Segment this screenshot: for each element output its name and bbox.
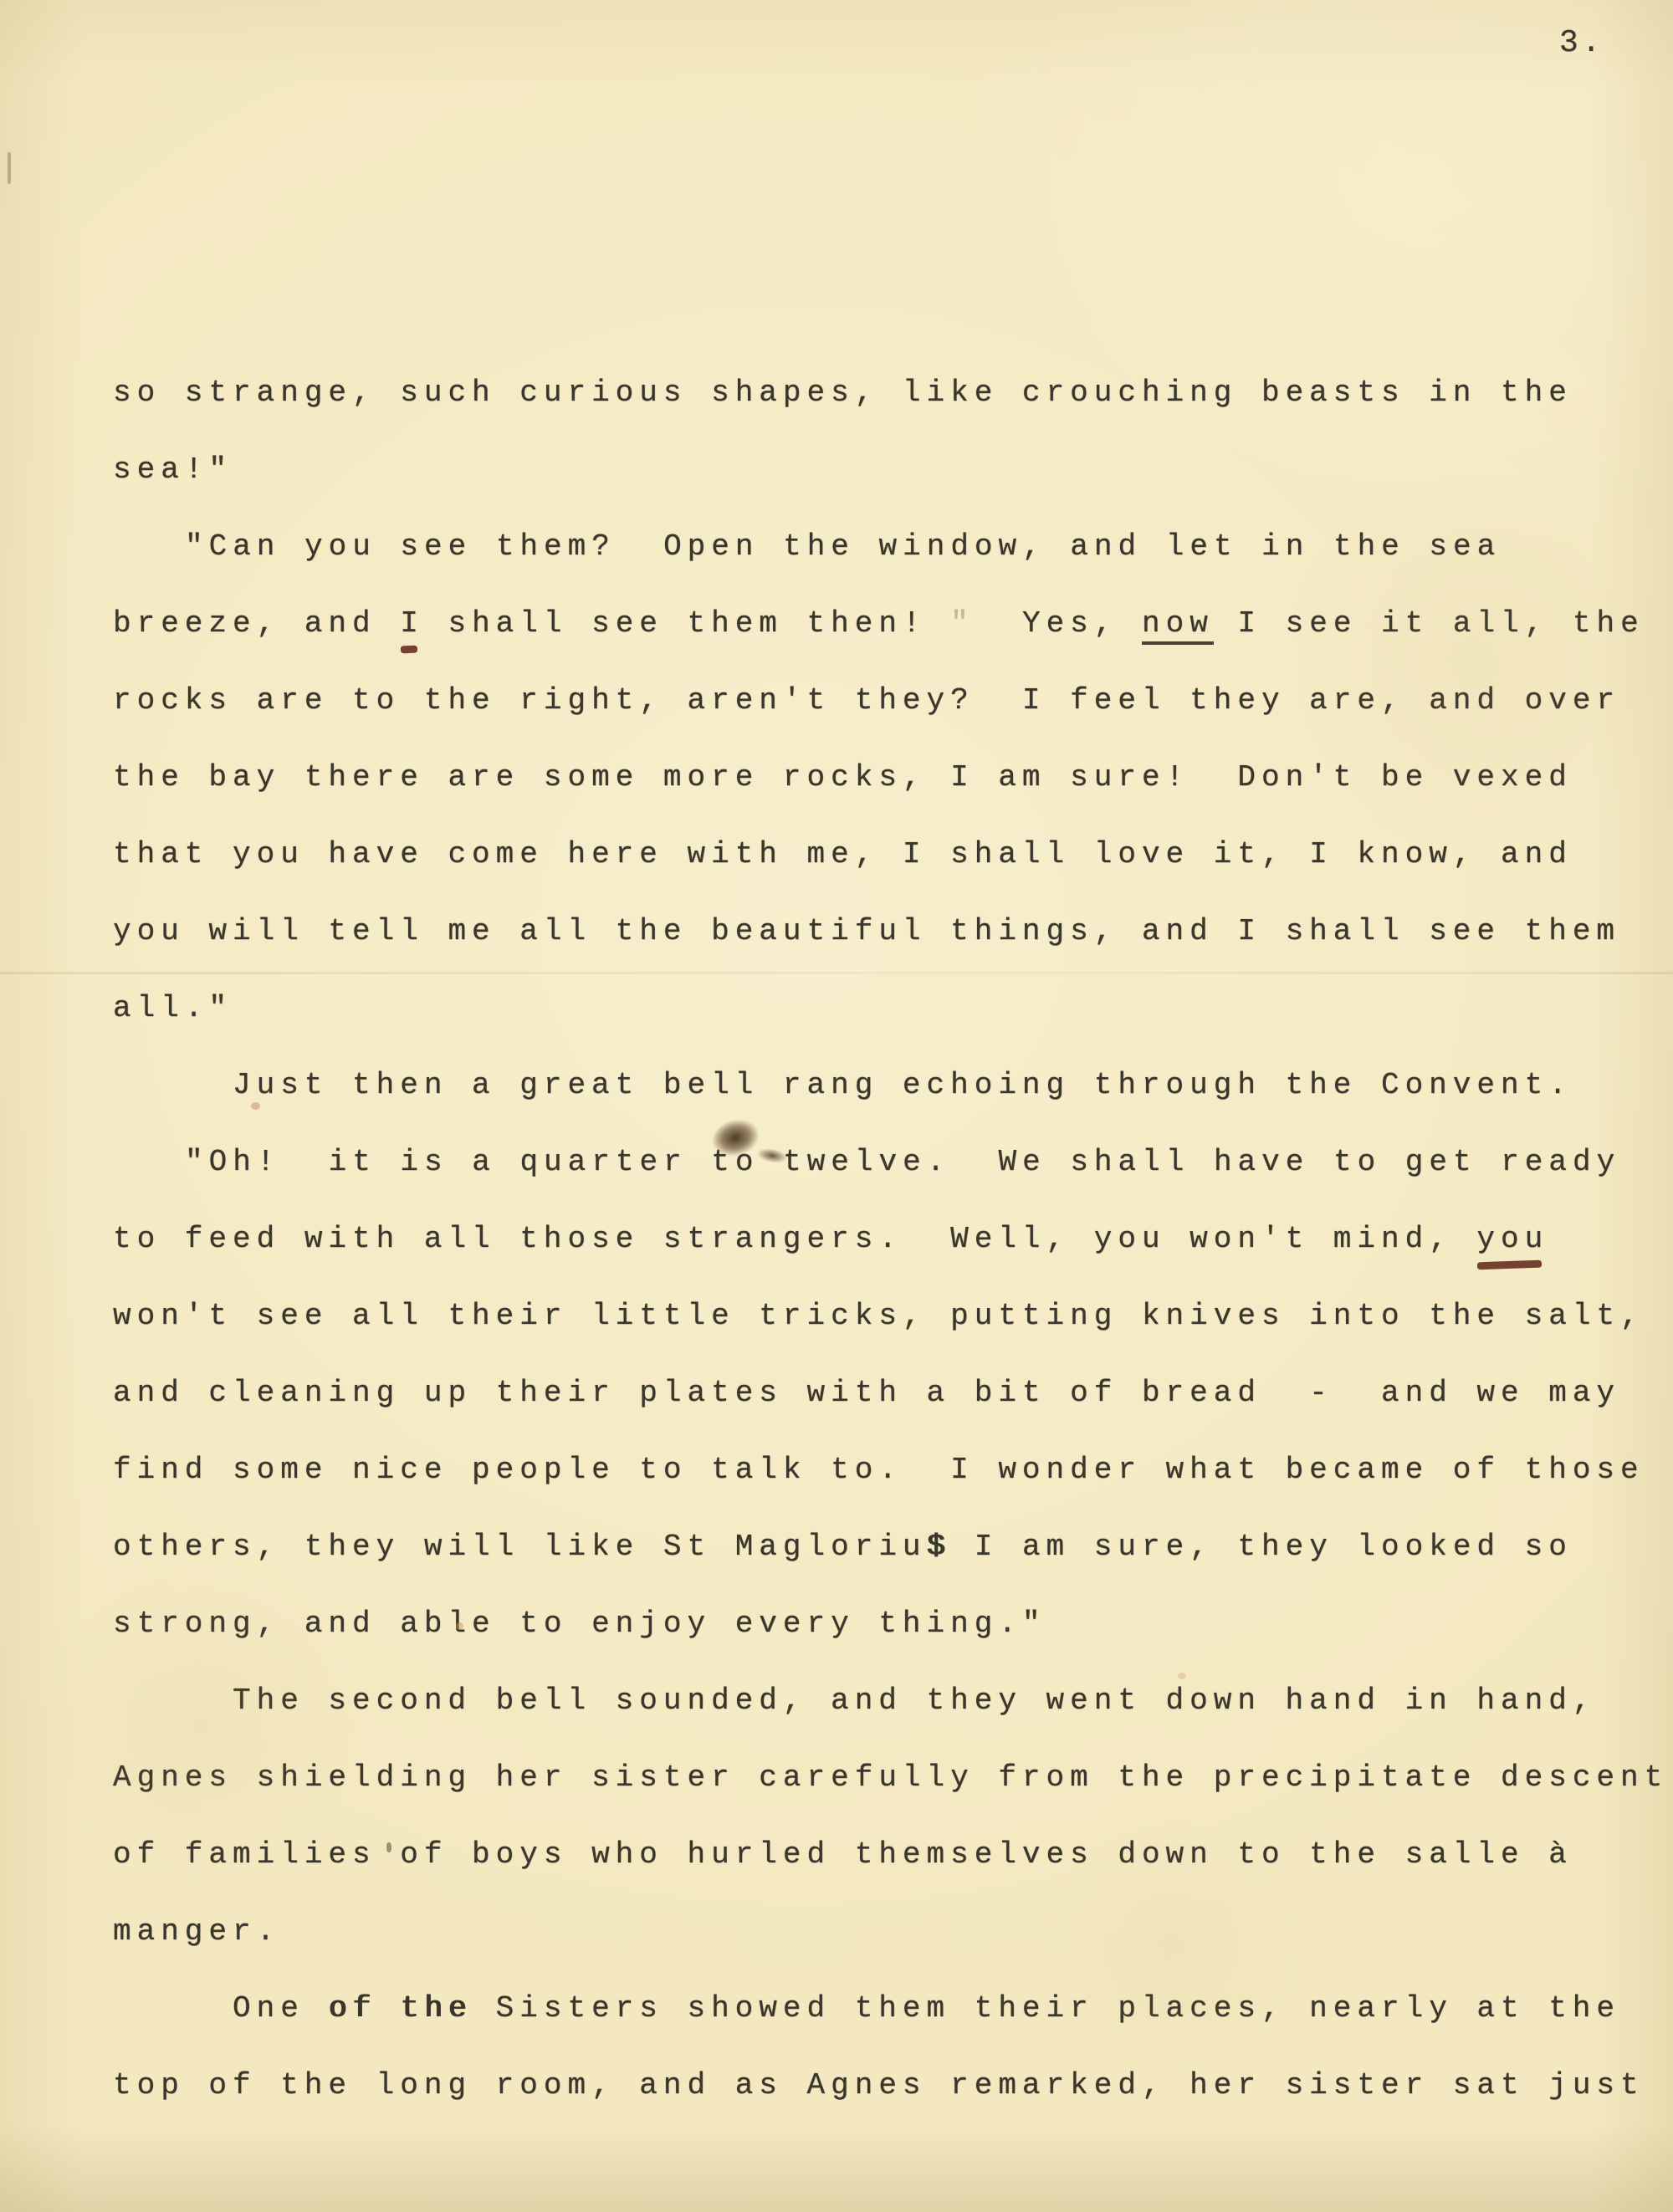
typescript-segment-double: of the: [328, 1991, 472, 2026]
typescript-segment: that you have come here with me, I shall…: [113, 837, 1573, 871]
pencil-edge-mark: [8, 152, 11, 184]
typescript-segment: won't see all their little tricks, putti…: [113, 1299, 1645, 1333]
typescript-line: and cleaning up their plates with a bit …: [113, 1355, 1644, 1432]
typescript-segment: to feed with all those strangers. Well, …: [113, 1222, 1476, 1256]
typescript-segment: One: [233, 1991, 328, 2026]
typescript-segment-underline: now: [1142, 606, 1214, 645]
typescript-segment: others, they will like St Magloriu: [113, 1530, 927, 1564]
typescript-line: won't see all their little tricks, putti…: [113, 1278, 1644, 1355]
typescript-line: find some nice people to talk to. I wond…: [113, 1432, 1644, 1509]
typescript-segment: Yes,: [975, 606, 1142, 641]
typescript-segment: shall see them then!: [424, 606, 927, 641]
typescript-line: "Oh! it is a quarter to twelve. We shall…: [113, 1124, 1644, 1201]
typescript-line: Agnes shielding her sister carefully fro…: [113, 1739, 1644, 1816]
typescript-body: so strange, such curious shapes, like cr…: [113, 355, 1644, 2124]
typescript-segment: rocks are to the right, aren't they? I f…: [113, 683, 1620, 718]
typescript-segment: The second bell sounded, and they went d…: [233, 1683, 1596, 1718]
typescript-segment: find some nice people to talk to. I wond…: [113, 1453, 1645, 1487]
typescript-segment: strong, and able to enjoy every thing.": [113, 1607, 1046, 1641]
typescript-line: to feed with all those strangers. Well, …: [113, 1201, 1644, 1278]
typescript-segment: you will tell me all the beautiful thing…: [113, 914, 1620, 948]
typescript-segment: all.": [113, 991, 233, 1025]
typescript-segment: "Can you see them? Open the window, and …: [185, 529, 1501, 564]
typescript-segment: Just then a great bell rang echoing thro…: [233, 1068, 1573, 1102]
typescript-line: you will tell me all the beautiful thing…: [113, 893, 1644, 970]
typescript-line: One of the Sisters showed them their pla…: [113, 1970, 1644, 2047]
page-number: 3.: [1559, 25, 1604, 61]
typescript-segment: manger.: [113, 1914, 280, 1949]
typescript-segment-mark: I: [400, 606, 424, 641]
typescript-page: 3. so strange, such curious shapes, like…: [0, 0, 1673, 2212]
typescript-segment: I see it all, the: [1214, 606, 1645, 641]
typescript-segment: top of the long room, and as Agnes remar…: [113, 2068, 1645, 2102]
typescript-segment: Sisters showed them their places, nearly…: [472, 1991, 1620, 2026]
typescript-segment: and cleaning up their plates with a bit …: [113, 1376, 1620, 1410]
typescript-line: The second bell sounded, and they went d…: [113, 1663, 1644, 1739]
typescript-line: strong, and able to enjoy every thing.": [113, 1586, 1644, 1663]
typescript-segment-double: $: [927, 1530, 951, 1564]
typescript-line: Just then a great bell rang echoing thro…: [113, 1047, 1644, 1124]
typescript-line: top of the long room, and as Agnes remar…: [113, 2047, 1644, 2124]
typescript-segment-mark: you: [1476, 1222, 1548, 1256]
typescript-line: of families of boys who hurled themselve…: [113, 1816, 1644, 1893]
typescript-segment: of families of boys who hurled themselve…: [113, 1837, 1573, 1872]
typescript-line: "Can you see them? Open the window, and …: [113, 508, 1644, 585]
typescript-line: sea!": [113, 432, 1644, 508]
typescript-segment: I am sure, they looked so: [950, 1530, 1573, 1564]
typescript-line: others, they will like St Magloriu$ I am…: [113, 1509, 1644, 1586]
typescript-line: rocks are to the right, aren't they? I f…: [113, 662, 1644, 739]
typescript-segment: Agnes shielding her sister carefully fro…: [113, 1760, 1668, 1795]
typescript-segment-faint: ": [927, 606, 975, 641]
typescript-line: that you have come here with me, I shall…: [113, 816, 1644, 893]
typescript-segment: the bay there are some more rocks, I am …: [113, 760, 1573, 794]
typescript-line: all.": [113, 970, 1644, 1047]
typescript-line: the bay there are some more rocks, I am …: [113, 739, 1644, 816]
typescript-segment: breeze, and: [113, 606, 400, 641]
typescript-line: so strange, such curious shapes, like cr…: [113, 355, 1644, 432]
typescript-segment: "Oh! it is a quarter to twelve. We shall…: [185, 1145, 1620, 1179]
typescript-line: manger.: [113, 1893, 1644, 1970]
typescript-segment: sea!": [113, 452, 233, 487]
typescript-line: breeze, and I shall see them then! " Yes…: [113, 585, 1644, 662]
paper-crease: [0, 972, 1673, 974]
typescript-segment: so strange, such curious shapes, like cr…: [113, 375, 1573, 410]
